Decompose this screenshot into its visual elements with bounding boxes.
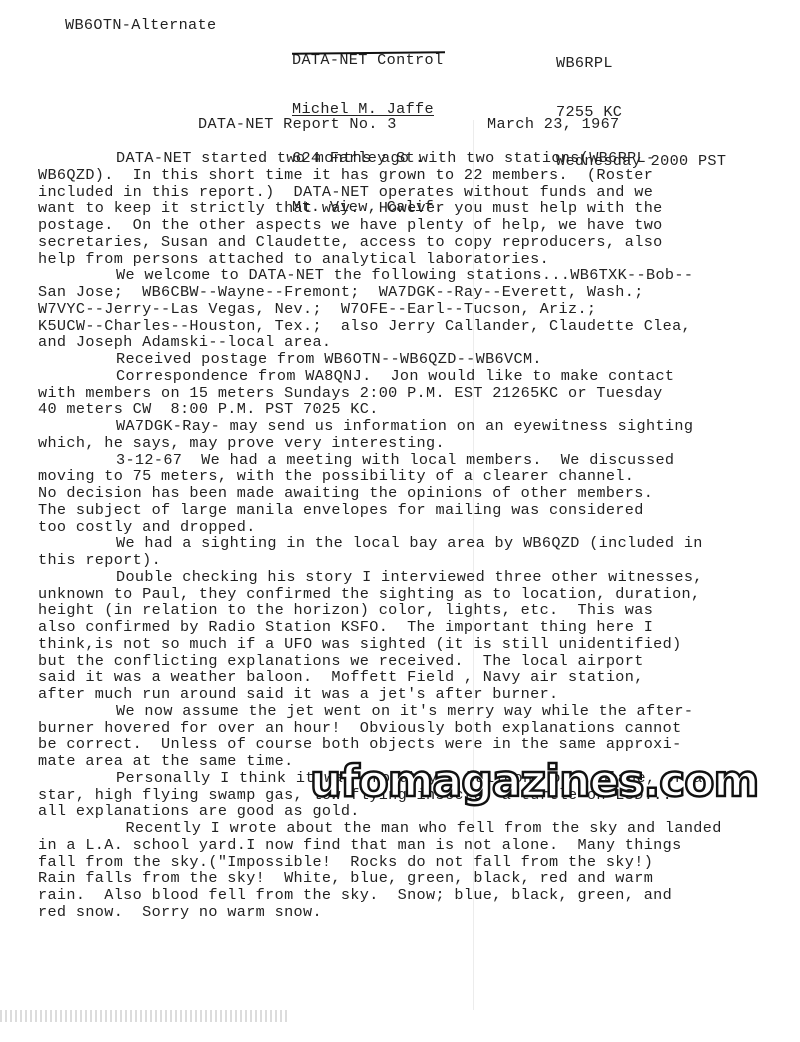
body-line: Recently I wrote about the man who fell … [38,820,778,837]
body-line: red snow. Sorry no warm snow. [38,904,778,921]
body-line: this report). [38,552,778,569]
body-line: help from persons attached to analytical… [38,251,778,268]
body-line: We now assume the jet went on it's merry… [38,703,778,720]
body-line: also confirmed by Radio Station KSFO. Th… [38,619,778,636]
report-date: March 23, 1967 [487,116,620,133]
body-line: Double checking his story I interviewed … [38,569,778,586]
body-line: unknown to Paul, they confirmed the sigh… [38,586,778,603]
body-line: included in this report.) DATA-NET opera… [38,184,778,201]
net-station: WB6RPL [556,56,726,72]
body-line: be correct. Unless of course both object… [38,736,778,753]
body-line: after much run around said it was a jet'… [38,686,778,703]
body-line: 40 meters CW 8:00 P.M. PST 7025 KC. [38,401,778,418]
body-line: Correspondence from WA8QNJ. Jon would li… [38,368,778,385]
document-page: WB6OTN-Alternate DATA-NET Control Michel… [0,0,800,1042]
body-line: K5UCW--Charles--Houston, Tex.; also Jerr… [38,318,778,335]
body-line: fall from the sky.("Impossible! Rocks do… [38,854,778,871]
body-line: think,is not so much if a UFO was sighte… [38,636,778,653]
body-line: moving to 75 meters, with the possibilit… [38,468,778,485]
body-line: Received postage from WB6OTN--WB6QZD--WB… [38,351,778,368]
body-line: burner hovered for over an hour! Obvious… [38,720,778,737]
body-line: with members on 15 meters Sundays 2:00 P… [38,385,778,402]
body-line: DATA-NET started two months ago with two… [38,150,778,167]
body-line: secretaries, Susan and Claudette, access… [38,234,778,251]
report-title: DATA-NET Report No. 3 [198,116,397,133]
alternate-station: WB6OTN-Alternate [65,17,216,34]
body-line: in a L.A. school yard.I now find that ma… [38,837,778,854]
body-line: Rain falls from the sky! White, blue, gr… [38,870,778,887]
scan-noise [0,1010,290,1022]
body-line: No decision has been made awaiting the o… [38,485,778,502]
body-line: which, he says, may prove very interesti… [38,435,778,452]
watermark: ufomagazines.com [310,760,758,804]
body-line: and Joseph Adamski--local area. [38,334,778,351]
body-line: but the conflicting explanations we rece… [38,653,778,670]
body-line: WB6QZD). In this short time it has grown… [38,167,778,184]
body-line: height (in relation to the horizon) colo… [38,602,778,619]
body-line: too costly and dropped. [38,519,778,536]
control-title: DATA-NET Control [292,53,443,69]
body-line: 3-12-67 We had a meeting with local memb… [38,452,778,469]
body-line: rain. Also blood fell from the sky. Snow… [38,887,778,904]
body-line: We had a sighting in the local bay area … [38,535,778,552]
body-line: want to keep it strictly that way. Howev… [38,200,778,217]
body-line: postage. On the other aspects we have pl… [38,217,778,234]
body-line: W7VYC--Jerry--Las Vegas, Nev.; W7OFE--Ea… [38,301,778,318]
body-line: said it was a weather baloon. Moffett Fi… [38,669,778,686]
body-line: The subject of large manila envelopes fo… [38,502,778,519]
body-line: San Jose; WB6CBW--Wayne--Fremont; WA7DGK… [38,284,778,301]
body-line: WA7DGK-Ray- may send us information on a… [38,418,778,435]
body-line: We welcome to DATA-NET the following sta… [38,267,778,284]
